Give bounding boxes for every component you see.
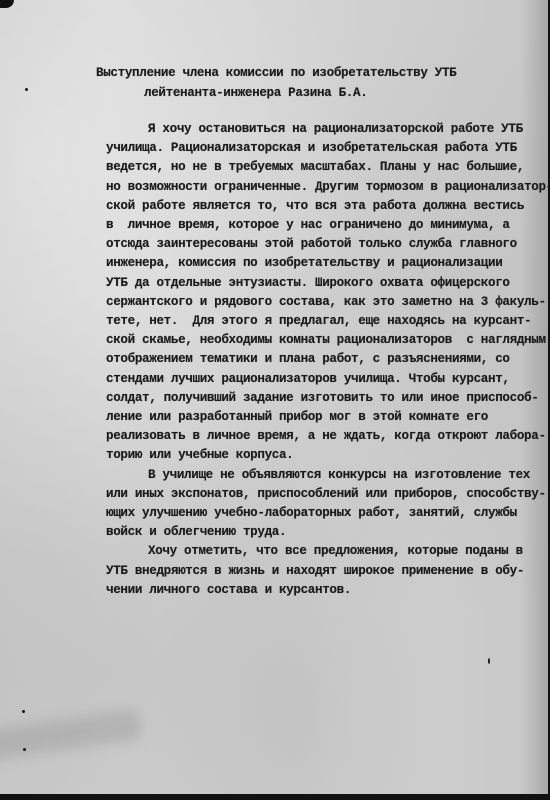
body-line: училища. Рационализаторская и изобретате… bbox=[106, 141, 517, 155]
paper-speck bbox=[23, 748, 26, 751]
document-title: Выступление члена комиссии по изобретате… bbox=[96, 66, 456, 80]
body-line: Я хочу остановиться на рационализаторско… bbox=[148, 122, 523, 136]
body-line: тете, нет. Для этого я предлагал, еще на… bbox=[106, 314, 531, 328]
body-line: УТБ внедряются в жизнь и находят широкое… bbox=[106, 564, 524, 578]
body-line: солдат, получивший задание изготовить то… bbox=[106, 391, 538, 405]
body-line: в личное время, которое у нас ограничено… bbox=[106, 218, 510, 232]
body-line: УТБ да отдельные энтузиасты. Широкого ох… bbox=[106, 276, 510, 290]
body-line: отсюда заинтересованы этой работой тольк… bbox=[106, 237, 517, 251]
body-line: или иных экспонатов, приспособлений или … bbox=[106, 487, 546, 501]
body-line: ющих улучшению учебно-лабораторных работ… bbox=[106, 506, 517, 520]
body-line: ской работе является то, что вся эта раб… bbox=[106, 199, 524, 213]
body-line: стендами лучших рационализаторов училища… bbox=[106, 372, 510, 386]
body-line: инженера, комиссия по изобретательству и… bbox=[106, 256, 502, 270]
paper-speck bbox=[488, 658, 490, 664]
body-line: торию или учебные корпуса. bbox=[106, 448, 293, 462]
body-line: чении личного состава и курсантов. bbox=[106, 583, 351, 597]
paper-speck bbox=[25, 88, 28, 91]
body-line: Хочу отметить, что все предложения, кото… bbox=[148, 544, 523, 558]
document-subtitle-speaker: лейтенанта-инженера Разина Б.А. bbox=[144, 86, 367, 100]
torn-corner bbox=[0, 0, 14, 8]
paper-fold bbox=[0, 709, 141, 761]
body-line: В училище не объявляются конкурсы на изг… bbox=[148, 468, 530, 482]
body-line: сержантского и рядового состава, как это… bbox=[106, 295, 546, 309]
body-line: ведется, но не в требуемых масштабах. Пл… bbox=[106, 160, 524, 174]
body-line: войск и облегчению труда. bbox=[106, 525, 286, 539]
body-line: ление или разработанный прибор мог в это… bbox=[106, 410, 488, 424]
body-line: отображением тематики и плана работ, с р… bbox=[106, 352, 510, 366]
scanned-page: Выступление члена комиссии по изобретате… bbox=[0, 0, 548, 794]
body-line: ской скамье, необходимы комнаты рационал… bbox=[106, 333, 546, 347]
body-line: реализовать в личное время, а не ждать, … bbox=[106, 429, 546, 443]
paper-speck bbox=[22, 710, 25, 713]
body-line: но возможности ограниченные. Другим торм… bbox=[106, 180, 548, 194]
